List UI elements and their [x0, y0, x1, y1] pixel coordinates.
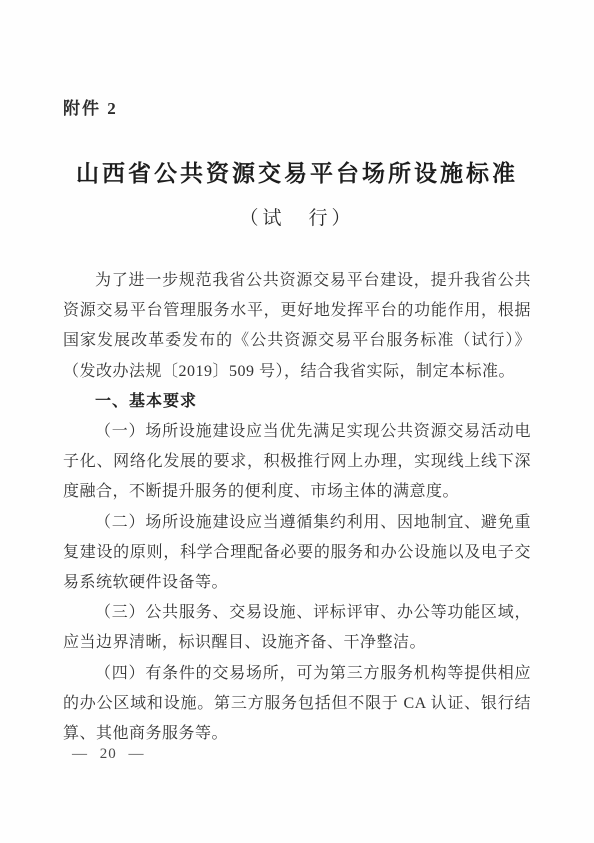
paragraph-item-4: （四）有条件的交易场所，可为第三方服务机构等提供相应的办公区域和设施。第三方服务…: [63, 659, 531, 750]
document-subtitle: （试 行）: [0, 203, 594, 230]
paragraph-intro: 为了进一步规范我省公共资源交易平台建设，提升我省公共资源交易平台管理服务水平，更…: [63, 266, 531, 387]
section-heading-basic-requirements: 一、基本要求: [63, 387, 531, 417]
attachment-label: 附件 2: [63, 94, 118, 119]
paragraph-item-3: （三）公共服务、交易设施、评标评审、办公等功能区域，应当边界清晰，标识醒目、设施…: [63, 598, 531, 658]
document-body: 为了进一步规范我省公共资源交易平台建设，提升我省公共资源交易平台管理服务水平，更…: [63, 266, 531, 749]
document-title: 山西省公共资源交易平台场所设施标准: [0, 155, 594, 188]
document-page: 附件 2 山西省公共资源交易平台场所设施标准 （试 行） 为了进一步规范我省公共…: [0, 0, 594, 843]
paragraph-item-2: （二）场所设施建设应当遵循集约利用、因地制宜、避免重复建设的原则，科学合理配备必…: [63, 508, 531, 599]
paragraph-item-1: （一）场所设施建设应当优先满足实现公共资源交易活动电子化、网络化发展的要求，积极…: [63, 417, 531, 508]
page-number-footer: — 20 —: [72, 746, 145, 763]
